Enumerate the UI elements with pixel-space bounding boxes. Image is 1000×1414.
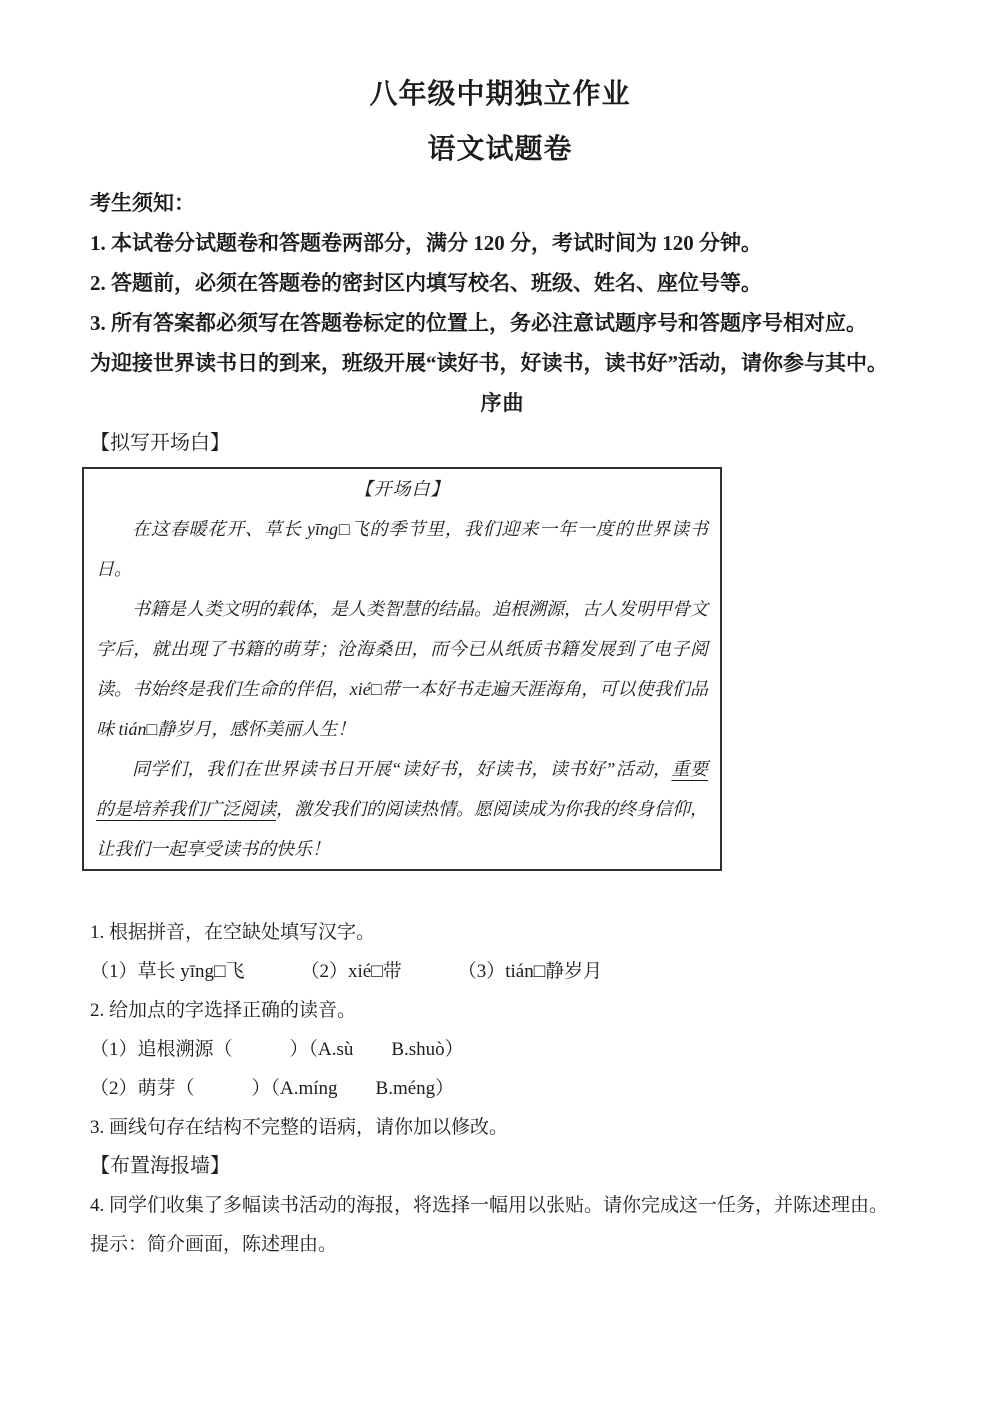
notice-item-2: 2. 答题前，必须在答题卷的密封区内填写校名、班级、姓名、座位号等。 bbox=[90, 263, 915, 303]
question-2: 2. 给加点的字选择正确的读音。 bbox=[90, 991, 915, 1030]
activity-intro: 为迎接世界读书日的到来，班级开展“读好书，好读书，读书好”活动，请你参与其中。 bbox=[90, 343, 915, 383]
notice-section: 考生须知： 1. 本试卷分试题卷和答题卷两部分，满分 120 分，考试时间为 1… bbox=[90, 183, 915, 343]
task-label-opening-speech: 【拟写开场白】 bbox=[90, 423, 915, 463]
paper-title: 八年级中期独立作业 bbox=[0, 0, 1000, 110]
question-1-items: （1）草长 yīng□飞 （2）xié□带 （3）tián□静岁月 bbox=[90, 952, 915, 991]
paper-body: 考生须知： 1. 本试卷分试题卷和答题卷两部分，满分 120 分，考试时间为 1… bbox=[90, 183, 915, 1264]
speech-box-heading: 【开场白】 bbox=[96, 469, 708, 509]
task-label-poster-wall: 【布置海报墙】 bbox=[90, 1147, 915, 1186]
exam-paper-page: 八年级中期独立作业 语文试题卷 考生须知： 1. 本试卷分试题卷和答题卷两部分，… bbox=[0, 0, 1000, 1414]
speech-paragraph-1: 在这春暖花开、草长 yīng□飞的季节里，我们迎来一年一度的世界读书日。 bbox=[96, 509, 708, 589]
speech-paragraph-3-before: 同学们，我们在世界读书日开展“读好书，好读书，读书好”活动， bbox=[132, 759, 671, 779]
notice-item-1: 1. 本试卷分试题卷和答题卷两部分，满分 120 分，考试时间为 120 分钟。 bbox=[90, 223, 915, 263]
question-3: 3. 画线句存在结构不完整的语病，请你加以修改。 bbox=[90, 1108, 915, 1147]
opening-speech-box: 【开场白】 在这春暖花开、草长 yīng□飞的季节里，我们迎来一年一度的世界读书… bbox=[82, 467, 722, 871]
speech-paragraph-3: 同学们，我们在世界读书日开展“读好书，好读书，读书好”活动，重要的是培养我们广泛… bbox=[96, 749, 708, 869]
paper-subtitle: 语文试题卷 bbox=[0, 135, 1000, 165]
question-1-item-1: （1）草长 yīng□飞 bbox=[90, 952, 245, 991]
notice-item-3: 3. 所有答案都必须写在答题卷标定的位置上，务必注意试题序号和答题序号相对应。 bbox=[90, 303, 915, 343]
question-hint: 提示：简介画面，陈述理由。 bbox=[90, 1225, 915, 1264]
question-1-item-3: （3）tián□静岁月 bbox=[458, 952, 602, 991]
notice-heading: 考生须知： bbox=[90, 183, 915, 223]
questions-section: 1. 根据拼音，在空缺处填写汉字。 （1）草长 yīng□飞 （2）xié□带 … bbox=[90, 913, 915, 1264]
question-1: 1. 根据拼音，在空缺处填写汉字。 bbox=[90, 913, 915, 952]
question-2-item-2: （2）萌芽（ ）（A.míng B.méng） bbox=[90, 1069, 915, 1108]
speech-paragraph-2: 书籍是人类文明的载体，是人类智慧的结晶。追根溯源，古人发明甲骨文字后，就出现了书… bbox=[96, 589, 708, 749]
question-4: 4. 同学们收集了多幅读书活动的海报，将选择一幅用以张贴。请你完成这一任务，并陈… bbox=[90, 1186, 915, 1225]
question-2-item-1: （1）追根溯源（ ）（A.sù B.shuò） bbox=[90, 1030, 915, 1069]
question-1-item-2: （2）xié□带 bbox=[301, 952, 402, 991]
section-title-overture: 序曲 bbox=[90, 383, 915, 423]
